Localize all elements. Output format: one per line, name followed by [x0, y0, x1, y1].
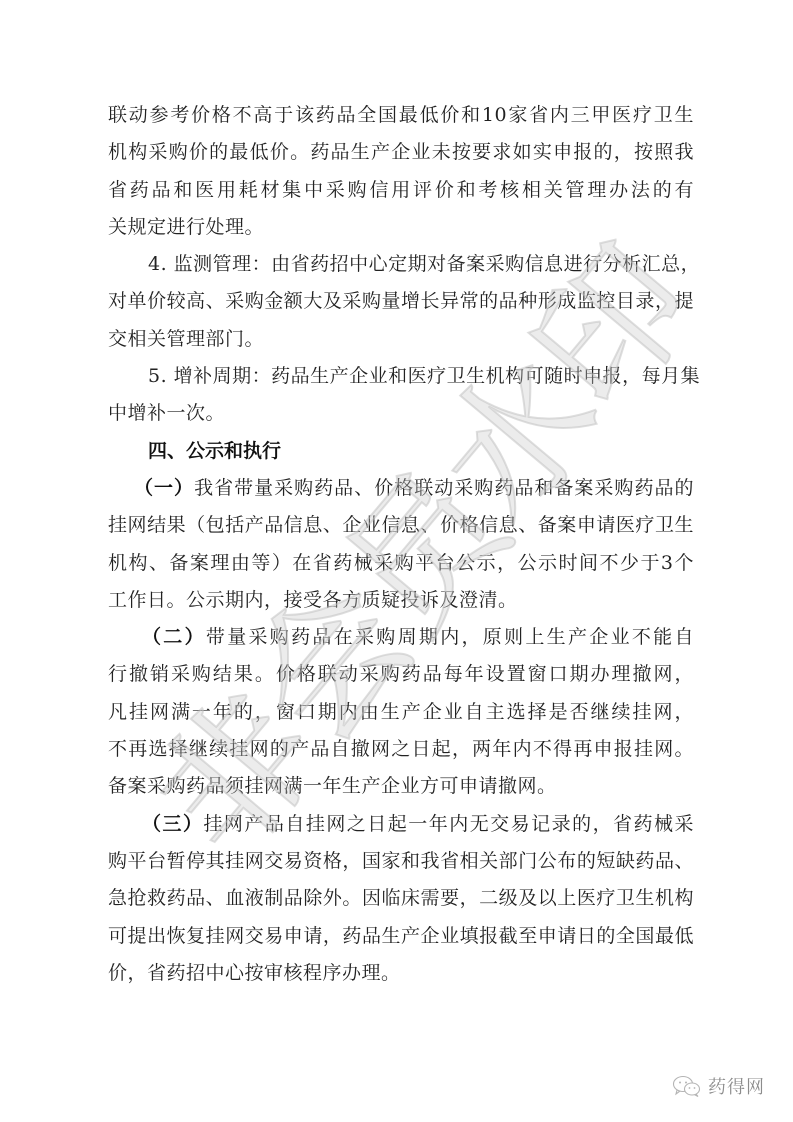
clause-2-first-line: （二）带量采购药品在采购周期内，原则上生产企业不能自	[108, 619, 694, 656]
text-line: 可提出恢复挂网交易申请，药品生产企业填报截至申请日的全国最低	[108, 918, 694, 955]
text-line: 急抢救药品、血液制品除外。因临床需要，二级及以上医疗卫生机构	[108, 880, 694, 917]
text-line: 凡挂网满一年的，窗口期内由生产企业自主选择是否继续挂网，	[108, 694, 694, 731]
wechat-icon	[672, 1075, 702, 1097]
text-line: 对单价较高、采购金额大及采购量增长异常的品种形成监控目录，提	[108, 283, 694, 320]
clause-3-first-line: （三）挂网产品自挂网之日起一年内无交易记录的，省药械采	[108, 806, 694, 843]
clause-1-first-line: （一）我省带量采购药品、价格联动采购药品和备案采购药品的	[108, 470, 694, 507]
section-heading: 四、公示和执行	[108, 433, 694, 470]
text-line: 不再选择继续挂网的产品自撤网之日起，两年内不得再申报挂网。	[108, 731, 694, 768]
text-line: 省药品和医用耗材集中采购信用评价和考核相关管理办法的有	[108, 172, 694, 209]
text-line: 价，省药招中心按审核程序办理。	[108, 955, 694, 992]
text-line: 备案采购药品须挂网满一年生产企业方可申请撤网。	[108, 768, 694, 805]
clause-marker: （三）	[142, 813, 203, 835]
brand-name: 药得网	[708, 1073, 765, 1099]
item-4-title-line: 4. 监测管理：由省药招中心定期对备案采购信息进行分析汇总，	[108, 246, 694, 283]
clause-marker: （二）	[142, 626, 206, 648]
clause-marker: （一）	[134, 477, 194, 499]
document-page: 联动参考价格不高于该药品全国最低价和10家省内三甲医疗卫生 机构采购价的最低价。…	[0, 0, 793, 1122]
text-line: 机构、备案理由等）在省药械采购平台公示，公示时间不少于3个	[108, 545, 694, 582]
clause-text: 我省带量采购药品、价格联动采购药品和备案采购药品的	[194, 477, 694, 499]
text-line: 机构采购价的最低价。药品生产企业未按要求如实申报的，按照我	[108, 134, 694, 171]
text-line: 交相关管理部门。	[108, 321, 694, 358]
text-line: 中增补一次。	[108, 395, 694, 432]
text-line: 工作日。公示期内，接受各方质疑投诉及澄清。	[108, 582, 694, 619]
clause-text: 挂网产品自挂网之日起一年内无交易记录的，省药械采	[203, 813, 694, 835]
text-line: 挂网结果（包括产品信息、企业信息、价格信息、备案申请医疗卫生	[108, 507, 694, 544]
brand-mark: 药得网	[672, 1073, 765, 1099]
item-5-title-line: 5. 增补周期：药品生产企业和医疗卫生机构可随时申报，每月集	[108, 358, 694, 395]
clause-text: 带量采购药品在采购周期内，原则上生产企业不能自	[206, 626, 694, 648]
text-line: 购平台暂停其挂网交易资格，国家和我省相关部门公布的短缺药品、	[108, 843, 694, 880]
document-body: 联动参考价格不高于该药品全国最低价和10家省内三甲医疗卫生 机构采购价的最低价。…	[108, 97, 694, 992]
text-line: 关规定进行处理。	[108, 209, 694, 246]
text-line: 行撤销采购结果。价格联动采购药品每年设置窗口期办理撤网，	[108, 656, 694, 693]
text-line: 联动参考价格不高于该药品全国最低价和10家省内三甲医疗卫生	[108, 97, 694, 134]
